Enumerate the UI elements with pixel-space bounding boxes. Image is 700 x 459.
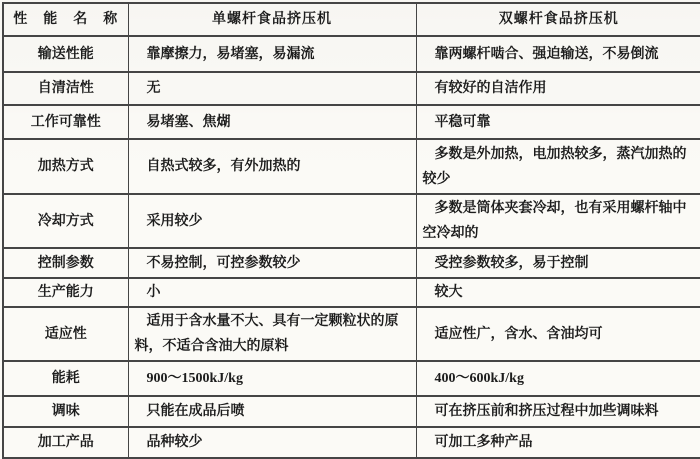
cell-single-screw: 采用较少 [128, 194, 416, 248]
table-row: 自清洁性 无 有较好的自洁作用 [3, 72, 700, 105]
table-row: 控制参数 不易控制，可控参数较少 受控参数较多，易于控制 [3, 248, 700, 278]
cell-twin-screw: 受控参数较多，易于控制 [416, 248, 700, 278]
header-cell-twin-screw: 双螺杆食品挤压机 [416, 3, 700, 36]
cell-single-screw: 自热式较多，有外加热的 [128, 139, 416, 194]
cell-property: 控制参数 [3, 248, 128, 278]
cell-property: 能耗 [3, 361, 128, 396]
cell-property: 输送性能 [3, 36, 128, 72]
cell-single-screw: 小 [128, 278, 416, 307]
table-row: 工作可靠性 易堵塞、焦煳 平稳可靠 [3, 105, 700, 139]
header-cell-single-screw: 单螺杆食品挤压机 [128, 3, 416, 36]
cell-single-screw: 只能在成品后喷 [128, 396, 416, 427]
cell-property: 工作可靠性 [3, 105, 128, 139]
cell-twin-screw: 有较好的自洁作用 [416, 72, 700, 105]
cell-single-screw: 900～1500kJ/kg [128, 361, 416, 396]
comparison-table: 性 能 名 称 单螺杆食品挤压机 双螺杆食品挤压机 输送性能 靠摩擦力，易堵塞，… [2, 2, 700, 459]
cell-twin-screw: 平稳可靠 [416, 105, 700, 139]
cell-twin-screw: 靠两螺杆啮合、强迫输送，不易倒流 [416, 36, 700, 72]
cell-property: 冷却方式 [3, 194, 128, 248]
cell-twin-screw: 可加工多种产品 [416, 427, 700, 458]
header-cell-property: 性 能 名 称 [3, 3, 128, 36]
cell-twin-screw: 400～600kJ/kg [416, 361, 700, 396]
table-row: 加工产品 品种较少 可加工多种产品 [3, 427, 700, 458]
scanned-page: 性 能 名 称 单螺杆食品挤压机 双螺杆食品挤压机 输送性能 靠摩擦力，易堵塞，… [0, 0, 700, 459]
table-row: 生产能力 小 较大 [3, 278, 700, 307]
cell-single-screw: 适用于含水量不大、具有一定颗粒状的原料，不适合含油大的原料 [128, 307, 416, 361]
cell-twin-screw: 多数是筒体夹套冷却，也有采用螺杆轴中空冷却的 [416, 194, 700, 248]
cell-property: 适应性 [3, 307, 128, 361]
table-row: 输送性能 靠摩擦力，易堵塞，易漏流 靠两螺杆啮合、强迫输送，不易倒流 [3, 36, 700, 72]
table-row: 适应性 适用于含水量不大、具有一定颗粒状的原料，不适合含油大的原料 适应性广，含… [3, 307, 700, 361]
table-row: 能耗 900～1500kJ/kg 400～600kJ/kg [3, 361, 700, 396]
cell-property: 调味 [3, 396, 128, 427]
cell-property: 加热方式 [3, 139, 128, 194]
table-header-row: 性 能 名 称 单螺杆食品挤压机 双螺杆食品挤压机 [3, 3, 700, 36]
table-row: 调味 只能在成品后喷 可在挤压前和挤压过程中加些调味料 [3, 396, 700, 427]
cell-twin-screw: 多数是外加热，电加热较多，蒸汽加热的较少 [416, 139, 700, 194]
cell-single-screw: 靠摩擦力，易堵塞，易漏流 [128, 36, 416, 72]
cell-property: 生产能力 [3, 278, 128, 307]
cell-single-screw: 无 [128, 72, 416, 105]
cell-single-screw: 品种较少 [128, 427, 416, 458]
table-row: 冷却方式 采用较少 多数是筒体夹套冷却，也有采用螺杆轴中空冷却的 [3, 194, 700, 248]
cell-single-screw: 易堵塞、焦煳 [128, 105, 416, 139]
cell-twin-screw: 可在挤压前和挤压过程中加些调味料 [416, 396, 700, 427]
table-row: 加热方式 自热式较多，有外加热的 多数是外加热，电加热较多，蒸汽加热的较少 [3, 139, 700, 194]
cell-twin-screw: 适应性广，含水、含油均可 [416, 307, 700, 361]
cell-property: 自清洁性 [3, 72, 128, 105]
cell-property: 加工产品 [3, 427, 128, 458]
cell-single-screw: 不易控制，可控参数较少 [128, 248, 416, 278]
cell-twin-screw: 较大 [416, 278, 700, 307]
